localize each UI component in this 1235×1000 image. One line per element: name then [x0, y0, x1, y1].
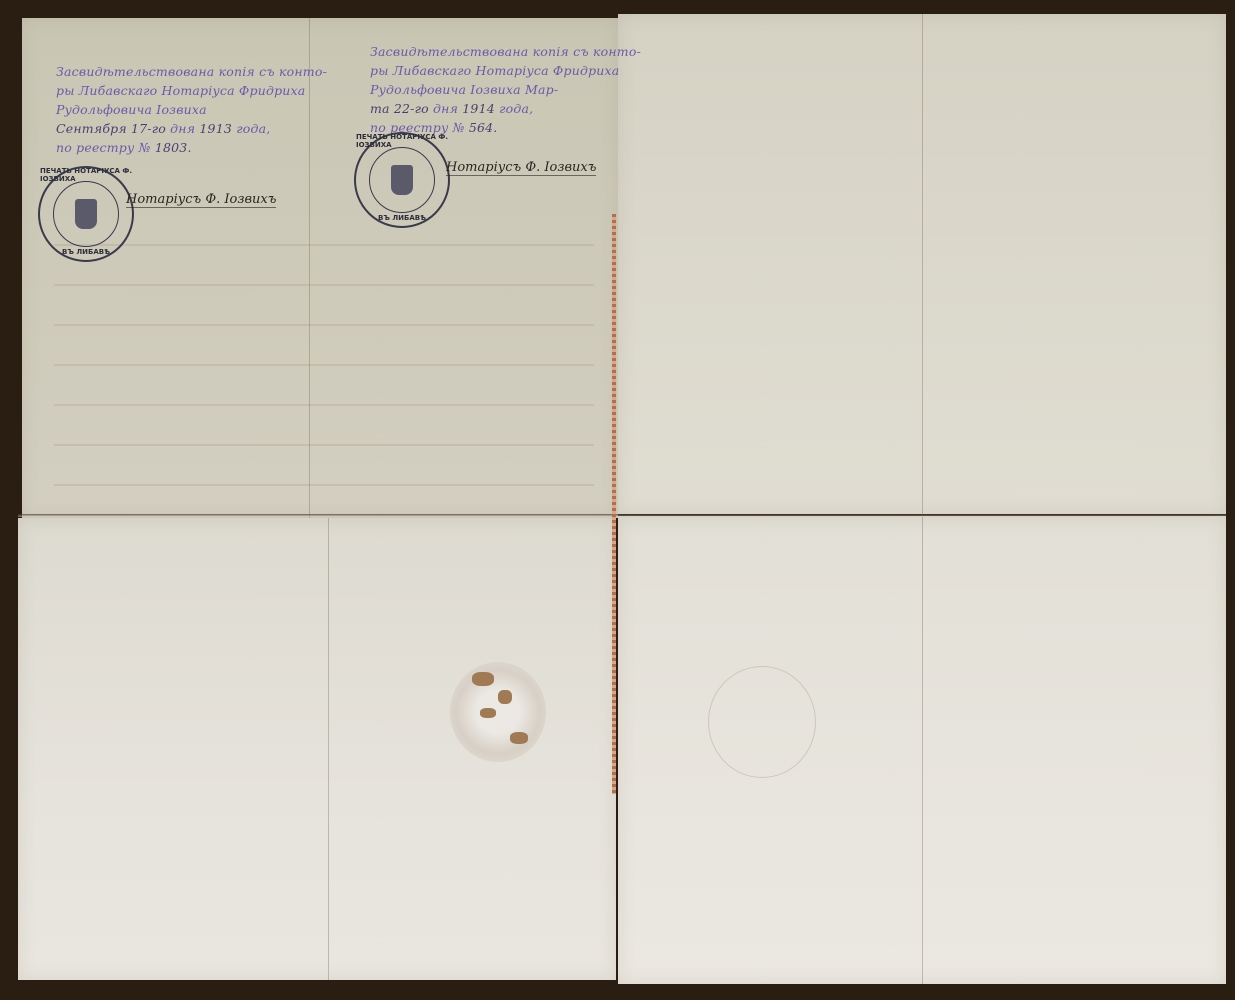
stamp-line: ры Либавскаго Нотаріуса Фридриха: [56, 81, 327, 100]
certification-stamp-1: Засвидѣтельствована копія съ конто- ры Л…: [56, 62, 327, 157]
stamp-line: Рудольфовича Іозвиха Мар-: [370, 80, 641, 99]
handwritten-date: Сентября 17-го: [56, 121, 166, 136]
fold-line: [922, 14, 923, 984]
bleed-through-text: [54, 244, 594, 246]
bleed-through-text: [54, 284, 594, 286]
register-number: 1803.: [155, 140, 192, 155]
bleed-through-text: [54, 364, 594, 366]
day-label: дня: [433, 101, 458, 116]
coat-of-arms-icon: [391, 165, 413, 195]
blind-seal-impression: [708, 666, 816, 778]
handwritten-year: 1914: [462, 101, 495, 116]
seal-ring-text: ПЕЧАТЬ НОТАРІУСА Ф. ІОЗВИХА: [356, 133, 448, 149]
year-label: года,: [236, 121, 270, 136]
coat-of-arms-icon: [75, 199, 97, 229]
notary-signature: Нотаріусъ Ф. Іозвихъ: [126, 192, 276, 208]
stamp-line: ры Либавскаго Нотаріуса Фридриха: [370, 61, 641, 80]
stamp-line: Засвидѣтельствована копія съ конто-: [370, 42, 641, 61]
handwritten-year: 1913: [199, 121, 232, 136]
document-sheet: Засвидѣтельствована копія съ конто- ры Л…: [14, 14, 1226, 994]
stamp-line: Засвидѣтельствована копія съ конто-: [56, 62, 327, 81]
bleed-through-text: [54, 484, 594, 486]
year-label: года,: [499, 101, 533, 116]
bleed-through-text: [54, 324, 594, 326]
notary-seal: ПЕЧАТЬ НОТАРІУСА Ф. ІОЗВИХА ВЪ ЛИБАВѢ: [38, 166, 134, 262]
stamp-line: Рудольфовича Іозвиха: [56, 100, 327, 119]
seal-bottom-text: ВЪ ЛИБАВѢ: [378, 214, 426, 222]
handwritten-date: та 22-го: [370, 101, 429, 116]
certification-stamp-2: Засвидѣтельствована копія съ конто- ры Л…: [370, 42, 641, 137]
notary-seal: ПЕЧАТЬ НОТАРІУСА Ф. ІОЗВИХА ВЪ ЛИБАВѢ: [354, 132, 450, 228]
seal-ring-text: ПЕЧАТЬ НОТАРІУСА Ф. ІОЗВИХА: [40, 167, 132, 183]
binding-cord: [612, 214, 616, 794]
day-label: дня: [170, 121, 195, 136]
wax-seal: [450, 662, 546, 762]
bleed-through-text: [54, 444, 594, 446]
horizontal-fold: [18, 514, 1226, 517]
seal-bottom-text: ВЪ ЛИБАВѢ: [62, 248, 110, 256]
fold-line: [328, 518, 329, 980]
register-label: по реестру №: [56, 140, 151, 155]
register-number: 564.: [469, 120, 498, 135]
bleed-through-text: [54, 404, 594, 406]
notary-signature: Нотаріусъ Ф. Іозвихъ: [446, 160, 596, 176]
